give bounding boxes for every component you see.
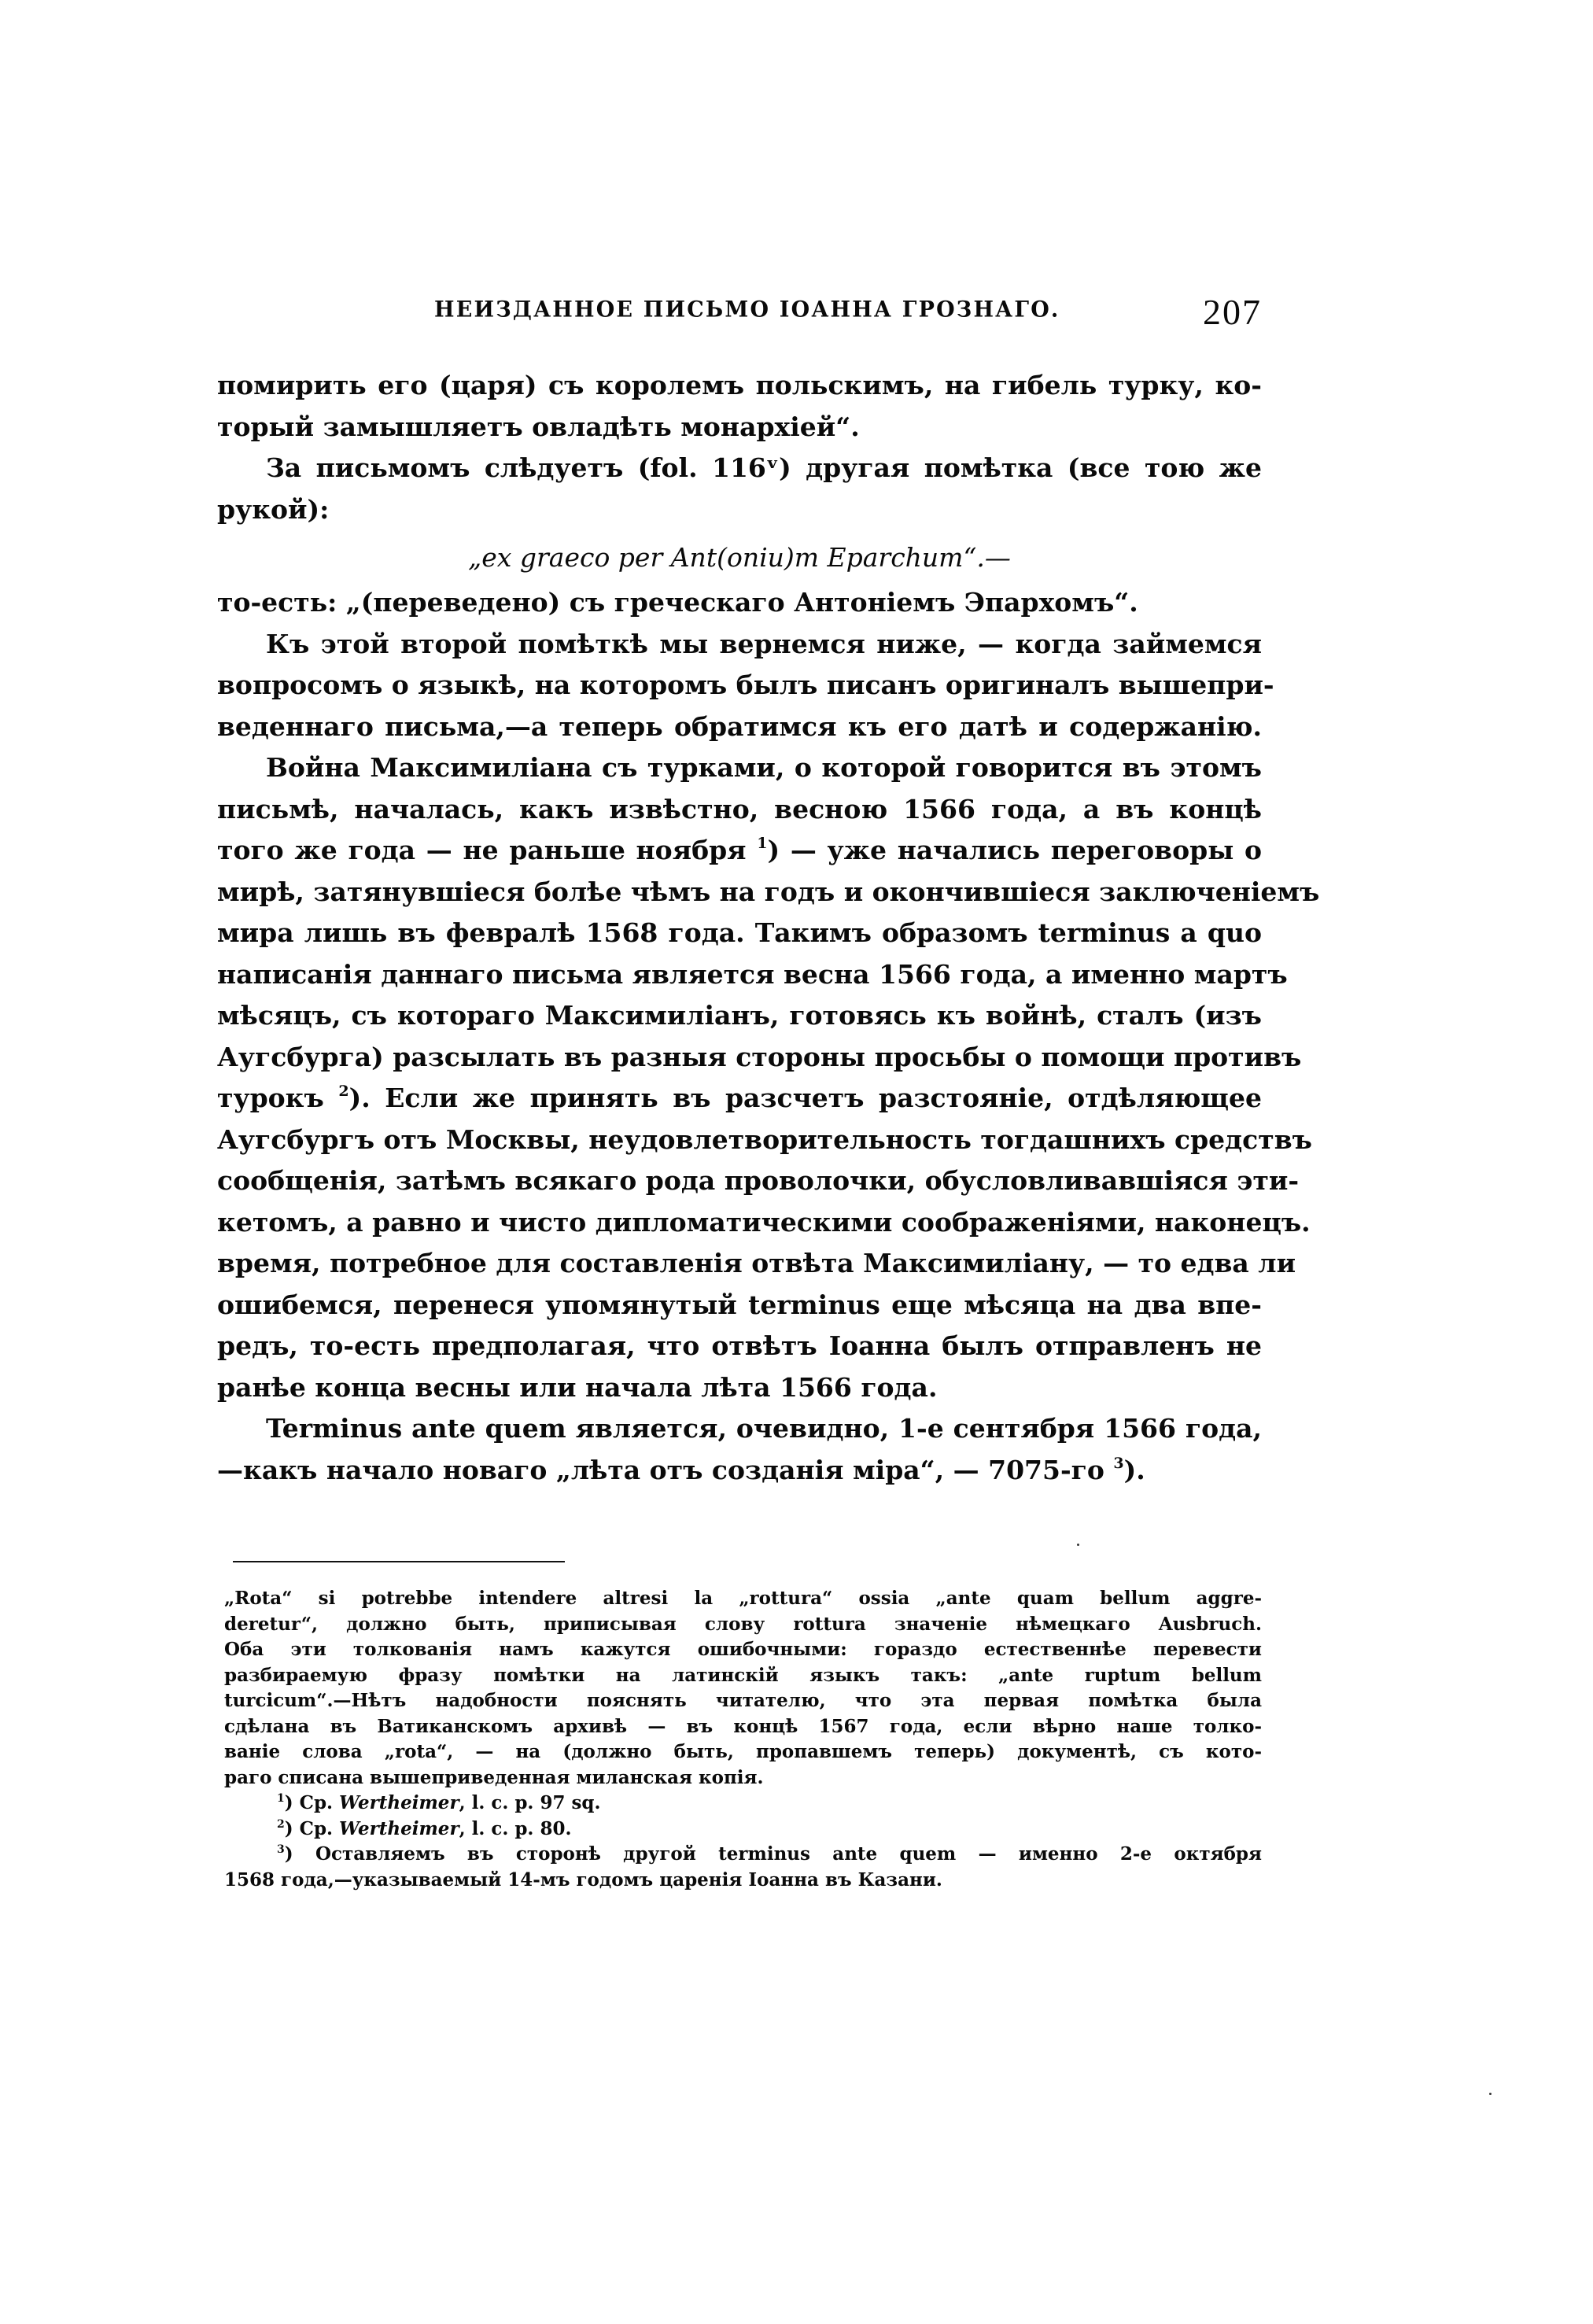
print-speck	[1489, 2093, 1492, 2095]
footnote-marker: 2	[277, 1818, 285, 1831]
footnote-text: , l. c. p. 97 sq.	[459, 1792, 601, 1813]
paragraph-start-line: За письмомъ слѣдуетъ (fol. 116ᵛ) другая …	[217, 448, 1262, 489]
text-line: веденнаго письма,—а теперь обратимся къ …	[217, 706, 1262, 748]
footnote-text: ) Ср.	[285, 1792, 339, 1813]
author-name: Wertheimer	[339, 1818, 459, 1839]
text-line: того же года — не раньше ноября 1) — уже…	[217, 830, 1262, 872]
text-line: ранѣе конца весны или начала лѣта 1566 г…	[217, 1367, 1262, 1409]
text-fragment: турокъ	[217, 1083, 338, 1113]
text-line: сообщенія, затѣмъ всякаго рода проволочк…	[217, 1160, 1262, 1202]
text-line: время, потребное для составленія отвѣта …	[217, 1243, 1262, 1285]
footnotes: „Rota“ si potrebbe intendere altresi la …	[224, 1586, 1262, 1893]
footnote-continued-line: Оба эти толкованія намъ кажутся ошибочны…	[224, 1637, 1262, 1663]
footnote-text: ) Оставляемъ въ сторонѣ другой terminus …	[285, 1843, 1262, 1865]
footnote-continued-line: раго списана вышеприведенная миланская к…	[224, 1765, 1262, 1791]
author-name: Wertheimer	[339, 1792, 459, 1813]
text-line: редъ, то-есть предполагая, что отвѣтъ Іо…	[217, 1326, 1262, 1367]
running-title: НЕИЗДАННОЕ ПИСЬМО ІОАННА ГРОЗНАГО.	[434, 297, 1060, 323]
footnote-continued-line: turcicum“.—Нѣтъ надобности пояснять чита…	[224, 1688, 1262, 1714]
footnote-continued-line: сдѣлана въ Ватиканскомъ архивѣ — въ конц…	[224, 1714, 1262, 1740]
text-fragment: ).	[1124, 1455, 1145, 1485]
footnote-marker: 3	[277, 1843, 285, 1856]
footnote-1: 1) Ср. Wertheimer, l. c. p. 97 sq.	[224, 1791, 1262, 1817]
footnote-continued-line: ваніе слова „rota“, — на (должно быть, п…	[224, 1739, 1262, 1765]
text-line: то-есть: „(переведено) съ греческаго Ант…	[217, 582, 1262, 624]
footnote-marker: 1	[277, 1792, 285, 1805]
footnote-continued-line: deretur“, должно быть, приписывая слову …	[224, 1612, 1262, 1638]
text-line: ошибемся, перенеся упомянутый terminus е…	[217, 1285, 1262, 1326]
text-line: торый замышляетъ овладѣть монархіей“.	[217, 407, 1262, 448]
text-fragment: —какъ начало новаго „лѣта отъ созданія м…	[217, 1455, 1113, 1485]
text-line: кетомъ, а равно и чисто дипломатическими…	[217, 1202, 1262, 1244]
text-line: турокъ 2). Если же принять въ разсчетъ р…	[217, 1078, 1262, 1120]
latin-quotation: „ex graeco per Ant(oniu)m Eparchum“.—	[217, 530, 1262, 582]
footnote-text: , l. c. p. 80.	[459, 1818, 572, 1839]
page-number: 207	[1203, 291, 1262, 333]
footnote-continued-line: разбираемую фразу помѣтки на латинскій я…	[224, 1663, 1262, 1689]
footnote-3-continued: 1568 года,—указываемый 14-мъ годомъ царе…	[224, 1868, 1262, 1894]
footnote-text: ) Ср.	[285, 1818, 339, 1839]
main-text: помирить его (царя) съ королемъ польским…	[217, 365, 1262, 1491]
text-line: написанія даннаго письма является весна …	[217, 954, 1262, 996]
text-line: Аугсбурга) разсылать въ разныя стороны п…	[217, 1037, 1262, 1079]
footnote-2: 2) Ср. Wertheimer, l. c. p. 80.	[224, 1817, 1262, 1843]
footnote-ref-1[interactable]: 1	[757, 835, 767, 852]
footnote-3: 3) Оставляемъ въ сторонѣ другой terminus…	[224, 1842, 1262, 1868]
running-head: НЕИЗДАННОЕ ПИСЬМО ІОАННА ГРОЗНАГО. 207	[217, 293, 1262, 327]
text-line: мѣсяцъ, съ котораго Максимиліанъ, готовя…	[217, 995, 1262, 1037]
print-speck	[1077, 1544, 1079, 1546]
paragraph-start-line: Къ этой второй помѣткѣ мы вернемся ниже,…	[217, 624, 1262, 666]
text-line: —какъ начало новаго „лѣта отъ созданія м…	[217, 1450, 1262, 1492]
footnote-continued-line: „Rota“ si potrebbe intendere altresi la …	[224, 1586, 1262, 1612]
footnote-ref-3[interactable]: 3	[1113, 1455, 1123, 1472]
paragraph-start-line: Terminus ante quem является, очевидно, 1…	[217, 1408, 1262, 1450]
text-fragment: ). Если же принять въ разсчетъ разстояні…	[349, 1083, 1262, 1113]
text-line: помирить его (царя) съ королемъ польским…	[217, 365, 1262, 407]
text-line: Аугсбургъ отъ Москвы, неудовлетворительн…	[217, 1120, 1262, 1161]
text-fragment: ) — уже начались переговоры о	[768, 835, 1263, 865]
text-line: мира лишь въ февралѣ 1568 года. Такимъ о…	[217, 913, 1262, 954]
text-line: письмѣ, началась, какъ извѣстно, весною …	[217, 789, 1262, 831]
text-line: мирѣ, затянувшіеся болѣе чѣмъ на годъ и …	[217, 872, 1262, 913]
footnote-separator	[233, 1561, 565, 1562]
text-line: рукой):	[217, 489, 1262, 531]
paragraph-start-line: Война Максимиліана съ турками, о которой…	[217, 747, 1262, 789]
text-fragment: того же года — не раньше ноября	[217, 835, 757, 865]
footnote-ref-2[interactable]: 2	[338, 1083, 348, 1100]
text-line: вопросомъ о языкѣ, на которомъ былъ писа…	[217, 665, 1262, 706]
